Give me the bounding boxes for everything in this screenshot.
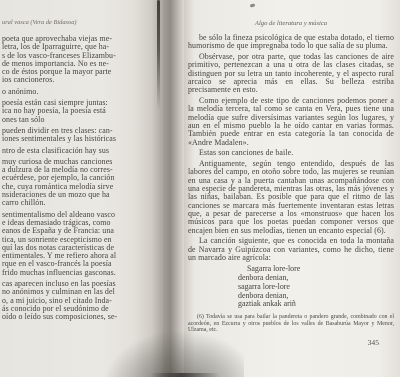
right-page-text: Algo de literatura y música be sólo la f… — [184, 0, 400, 334]
left-paragraph: sentimentalismo del aldeano vascoe ideas… — [2, 211, 154, 277]
left-paragraph: ntro de esta clasificación hay sus — [2, 147, 154, 155]
text-line: muy curiosa de muchas canciones — [2, 158, 154, 166]
text-line: rque en el vasco-francés la poesía — [2, 260, 154, 268]
right-paragraph: Como ejemplo de este tipo de canciones p… — [188, 97, 394, 147]
text-line: a dulzura de la melodía no corres- — [2, 166, 154, 174]
scan-shadow — [104, 331, 244, 377]
left-paragraph: cas aparecen incluso en las poesíasno an… — [2, 280, 154, 321]
verse-block: Sagarra lore-loredenbora denian,sagarra … — [238, 265, 394, 309]
text-line: pueden dividir en tres clases: can- — [2, 127, 154, 135]
right-running-header: Algo de literatura y música — [188, 20, 394, 27]
book-scan: ural vasca (Vera de Bidasoa) poeta que a… — [0, 0, 400, 377]
left-paragraph: poesía están casi siempre juntas:ica no … — [2, 99, 154, 124]
text-line: ones tan sólo — [2, 116, 154, 124]
text-line: ntro de esta clasificación hay sus — [2, 147, 154, 155]
right-paragraph: Antiguamente, según tengo entendido, des… — [188, 160, 394, 235]
left-page: ural vasca (Vera de Bidasoa) poeta que a… — [0, 0, 163, 377]
right-paragraph: Obsérvase, por otra parte, que todas las… — [188, 53, 394, 94]
right-paragraph: be sólo la fineza psicológica de que est… — [188, 34, 394, 51]
text-line: iones sentimentales y las históricas — [2, 135, 154, 143]
text-line: ecuérdese, por ejemplo, la canción — [2, 174, 154, 182]
text-line: carro chillón. — [2, 199, 154, 207]
right-paragraphs: be sólo la fineza psicológica de que est… — [188, 34, 394, 262]
page-number: 345 — [368, 338, 379, 347]
right-paragraph: Estas son canciones de baile. — [188, 149, 394, 157]
right-page: Algo de literatura y música be sólo la f… — [184, 0, 400, 377]
text-line: quí las dos notas características de — [2, 244, 154, 252]
left-paragraph: o anónimo. — [2, 88, 154, 96]
text-line: frido muchas influencias gasconas. — [2, 269, 154, 277]
right-paragraph: La canción siguiente, que es conocida en… — [188, 237, 394, 262]
text-line: eanos de España y de Francia: una — [2, 227, 154, 235]
text-line: che, cuya romántica melodía sirve — [2, 183, 154, 191]
text-line: e ideas demasiado trágicas, como — [2, 219, 154, 227]
left-paragraph: pueden dividir en tres clases: can-iones… — [2, 127, 154, 144]
text-line: ios cancioneros. — [2, 76, 154, 84]
left-paragraph: muy curiosa de muchas cancionesa dulzura… — [2, 158, 154, 208]
text-line: ica no hay poesía, la poesía está — [2, 107, 154, 115]
text-line: cas aparecen incluso en las poesías — [2, 280, 154, 288]
text-line: entimentales. Y me refiero ahora al — [2, 252, 154, 260]
scan-shadow-edge — [150, 373, 220, 377]
text-line: nsideraciones de un mozo que ha — [2, 191, 154, 199]
book-gutter — [163, 0, 184, 377]
text-line: co de éstos porque la mayor parte — [2, 68, 154, 76]
text-line: de menos importancia. No es ne- — [2, 60, 154, 68]
binding-crease — [157, 0, 160, 110]
text-line: letra, los de Iparraguirre, que ha- — [2, 43, 154, 51]
text-line: s de los vasco-franceses Elizambu- — [2, 52, 154, 60]
verse-line: gaztiak ankak ariñ — [238, 300, 394, 309]
left-paragraph: poeta que aprovechaba viejas me-letra, l… — [2, 35, 154, 85]
text-line: poesía están casi siempre juntas: — [2, 99, 154, 107]
left-page-text: poeta que aprovechaba viejas me-letra, l… — [0, 35, 154, 325]
text-line: o, a mi juicio, sino el citado Inda- — [2, 297, 154, 305]
text-line: ás conocido por el seudónimo de — [2, 305, 154, 313]
text-line: tica, un sonriente escepticismo en — [2, 236, 154, 244]
text-line: oído o leído sus composiciones, se- — [2, 313, 154, 321]
text-line: no anónimos y culminan en las del — [2, 288, 154, 296]
text-line: poeta que aprovechaba viejas me- — [2, 35, 154, 43]
text-line: sentimentalismo del aldeano vasco — [2, 211, 154, 219]
text-line: o anónimo. — [2, 88, 154, 96]
left-running-header: ural vasca (Vera de Bidasoa) — [2, 19, 163, 26]
